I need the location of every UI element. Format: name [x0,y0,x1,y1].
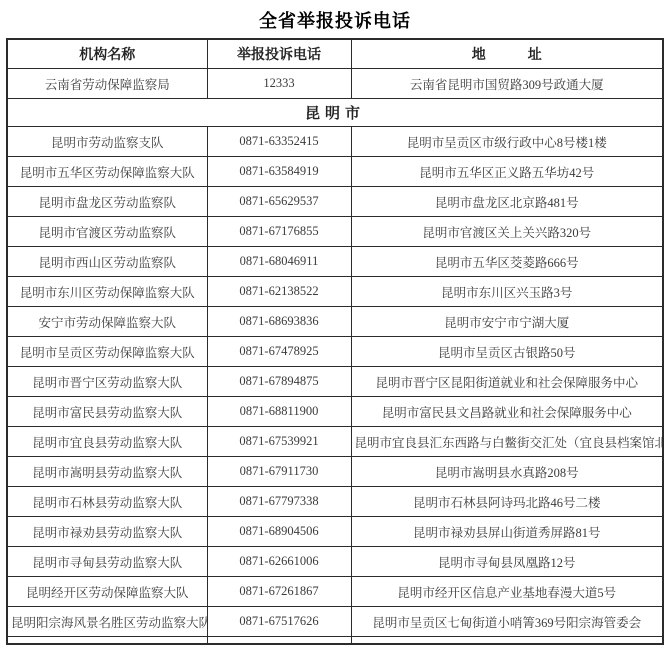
table-row: 昆明市寻甸县劳动监察大队0871-62661006昆明市寻甸县凤凰路12号 [7,547,663,577]
phone-cell: 0871-68693836 [207,307,351,337]
phone-cell: 12333 [207,69,351,99]
org-cell: 昆明市呈贡区劳动保障监察大队 [7,337,207,367]
table-row: 昆明经开区劳动保障监察大队0871-67261867昆明市经开区信息产业基地春漫… [7,577,663,607]
section-name: 昆明市 [7,99,663,127]
addr-cell: 昆明市五华区茭菱路666号 [351,247,663,277]
org-cell: 昆明市东川区劳动保障监察大队 [7,277,207,307]
addr-cell: 昆明市禄劝县屏山街道秀屏路81号 [351,517,663,547]
table-row: 昆明市石林县劳动监察大队0871-67797338昆明市石林县阿诗玛北路46号二… [7,487,663,517]
org-cell: 昆明经开区劳动保障监察大队 [7,577,207,607]
table-row: 昆明市盘龙区劳动监察队0871-65629537昆明市盘龙区北京路481号 [7,187,663,217]
addr-cell: 昆明市五华区正义路五华坊42号 [351,157,663,187]
table-row: 昆明市西山区劳动监察队0871-68046911昆明市五华区茭菱路666号 [7,247,663,277]
org-cell: 昆明阳宗海风景名胜区劳动监察大队 [7,607,207,637]
phone-cell: 0871-67478925 [207,337,351,367]
addr-cell: 昆明市呈贡区七甸街道小哨箐369号阳宗海管委会 [351,607,663,637]
complaint-phone-table: 机构名称 举报投诉电话 地 址 云南省劳动保障监察局12333云南省昆明市国贸路… [6,38,664,645]
org-cell: 昆明市石林县劳动监察大队 [7,487,207,517]
table-row: 昆明市五华区劳动保障监察大队0871-63584919昆明市五华区正义路五华坊4… [7,157,663,187]
org-cell: 昆明市西山区劳动监察队 [7,247,207,277]
org-cell: 昆明市禄劝县劳动监察大队 [7,517,207,547]
table-row: 昆明市官渡区劳动监察队0871-67176855昆明市官渡区关上关兴路320号 [7,217,663,247]
org-cell: 昆明市晋宁区劳动监察大队 [7,367,207,397]
addr-cell: 昆明市富民县文昌路就业和社会保障服务中心 [351,397,663,427]
empty-cell [7,637,207,645]
table-row: 昆明市劳动监察支队0871-63352415昆明市呈贡区市级行政中心8号楼1楼 [7,127,663,157]
org-cell: 昆明市富民县劳动监察大队 [7,397,207,427]
org-cell: 昆明市劳动监察支队 [7,127,207,157]
org-cell: 云南省劳动保障监察局 [7,69,207,99]
org-cell: 昆明市五华区劳动保障监察大队 [7,157,207,187]
addr-cell: 昆明市经开区信息产业基地春漫大道5号 [351,577,663,607]
org-cell: 安宁市劳动保障监察大队 [7,307,207,337]
table-row: 昆明市晋宁区劳动监察大队0871-67894875昆明市晋宁区昆阳街道就业和社会… [7,367,663,397]
phone-cell: 0871-63584919 [207,157,351,187]
addr-cell: 昆明市寻甸县凤凰路12号 [351,547,663,577]
phone-cell: 0871-63352415 [207,127,351,157]
addr-cell: 云南省昆明市国贸路309号政通大厦 [351,69,663,99]
table-row: 安宁市劳动保障监察大队0871-68693836昆明市安宁市宁湖大厦 [7,307,663,337]
table-row: 昆明市东川区劳动保障监察大队0871-62138522昆明市东川区兴玉路3号 [7,277,663,307]
phone-cell: 0871-67539921 [207,427,351,457]
phone-cell: 0871-62138522 [207,277,351,307]
phone-cell: 0871-67911730 [207,457,351,487]
org-cell: 昆明市盘龙区劳动监察队 [7,187,207,217]
phone-cell: 0871-67894875 [207,367,351,397]
table-body: 云南省劳动保障监察局12333云南省昆明市国贸路309号政通大厦昆明市昆明市劳动… [7,69,663,645]
table-row: 昆明市宜良县劳动监察大队0871-67539921昆明市宜良县汇东西路与白鳖街交… [7,427,663,457]
phone-cell: 0871-67261867 [207,577,351,607]
phone-cell: 0871-67797338 [207,487,351,517]
page-title: 全省举报投诉电话 [0,7,670,33]
table-row: 云南省劳动保障监察局12333云南省昆明市国贸路309号政通大厦 [7,69,663,99]
table-row: 昆明市嵩明县劳动监察大队0871-67911730昆明市嵩明县水真路208号 [7,457,663,487]
phone-cell: 0871-67176855 [207,217,351,247]
empty-cell [207,637,351,645]
phone-cell: 0871-68904506 [207,517,351,547]
addr-cell: 昆明市嵩明县水真路208号 [351,457,663,487]
phone-cell: 0871-68046911 [207,247,351,277]
phone-cell: 0871-65629537 [207,187,351,217]
addr-cell: 昆明市宜良县汇东西路与白鳖街交汇处（宜良县档案馆北侧） [351,427,663,457]
addr-cell: 昆明市晋宁区昆阳街道就业和社会保障服务中心 [351,367,663,397]
table-row: 昆明阳宗海风景名胜区劳动监察大队0871-67517626昆明市呈贡区七甸街道小… [7,607,663,637]
addr-cell: 昆明市呈贡区市级行政中心8号楼1楼 [351,127,663,157]
header-address: 地 址 [351,39,663,69]
phone-cell: 0871-62661006 [207,547,351,577]
org-cell: 昆明市嵩明县劳动监察大队 [7,457,207,487]
addr-cell: 昆明市石林县阿诗玛北路46号二楼 [351,487,663,517]
addr-cell: 昆明市官渡区关上关兴路320号 [351,217,663,247]
section-header-row: 昆明市 [7,99,663,127]
phone-cell: 0871-67517626 [207,607,351,637]
addr-cell: 昆明市盘龙区北京路481号 [351,187,663,217]
table-row: 昆明市禄劝县劳动监察大队0871-68904506昆明市禄劝县屏山街道秀屏路81… [7,517,663,547]
org-cell: 昆明市宜良县劳动监察大队 [7,427,207,457]
org-cell: 昆明市寻甸县劳动监察大队 [7,547,207,577]
page: 全省举报投诉电话 机构名称 举报投诉电话 地 址 云南省劳动保障监察局12333… [0,7,670,645]
header-row: 机构名称 举报投诉电话 地 址 [7,39,663,69]
header-phone: 举报投诉电话 [207,39,351,69]
org-cell: 昆明市官渡区劳动监察队 [7,217,207,247]
header-org: 机构名称 [7,39,207,69]
table-row: 昆明市富民县劳动监察大队0871-68811900昆明市富民县文昌路就业和社会保… [7,397,663,427]
addr-cell: 昆明市呈贡区古银路50号 [351,337,663,367]
addr-cell: 昆明市东川区兴玉路3号 [351,277,663,307]
cutoff-row [7,637,663,645]
empty-cell [351,637,663,645]
addr-cell: 昆明市安宁市宁湖大厦 [351,307,663,337]
table-row: 昆明市呈贡区劳动保障监察大队0871-67478925昆明市呈贡区古银路50号 [7,337,663,367]
phone-cell: 0871-68811900 [207,397,351,427]
